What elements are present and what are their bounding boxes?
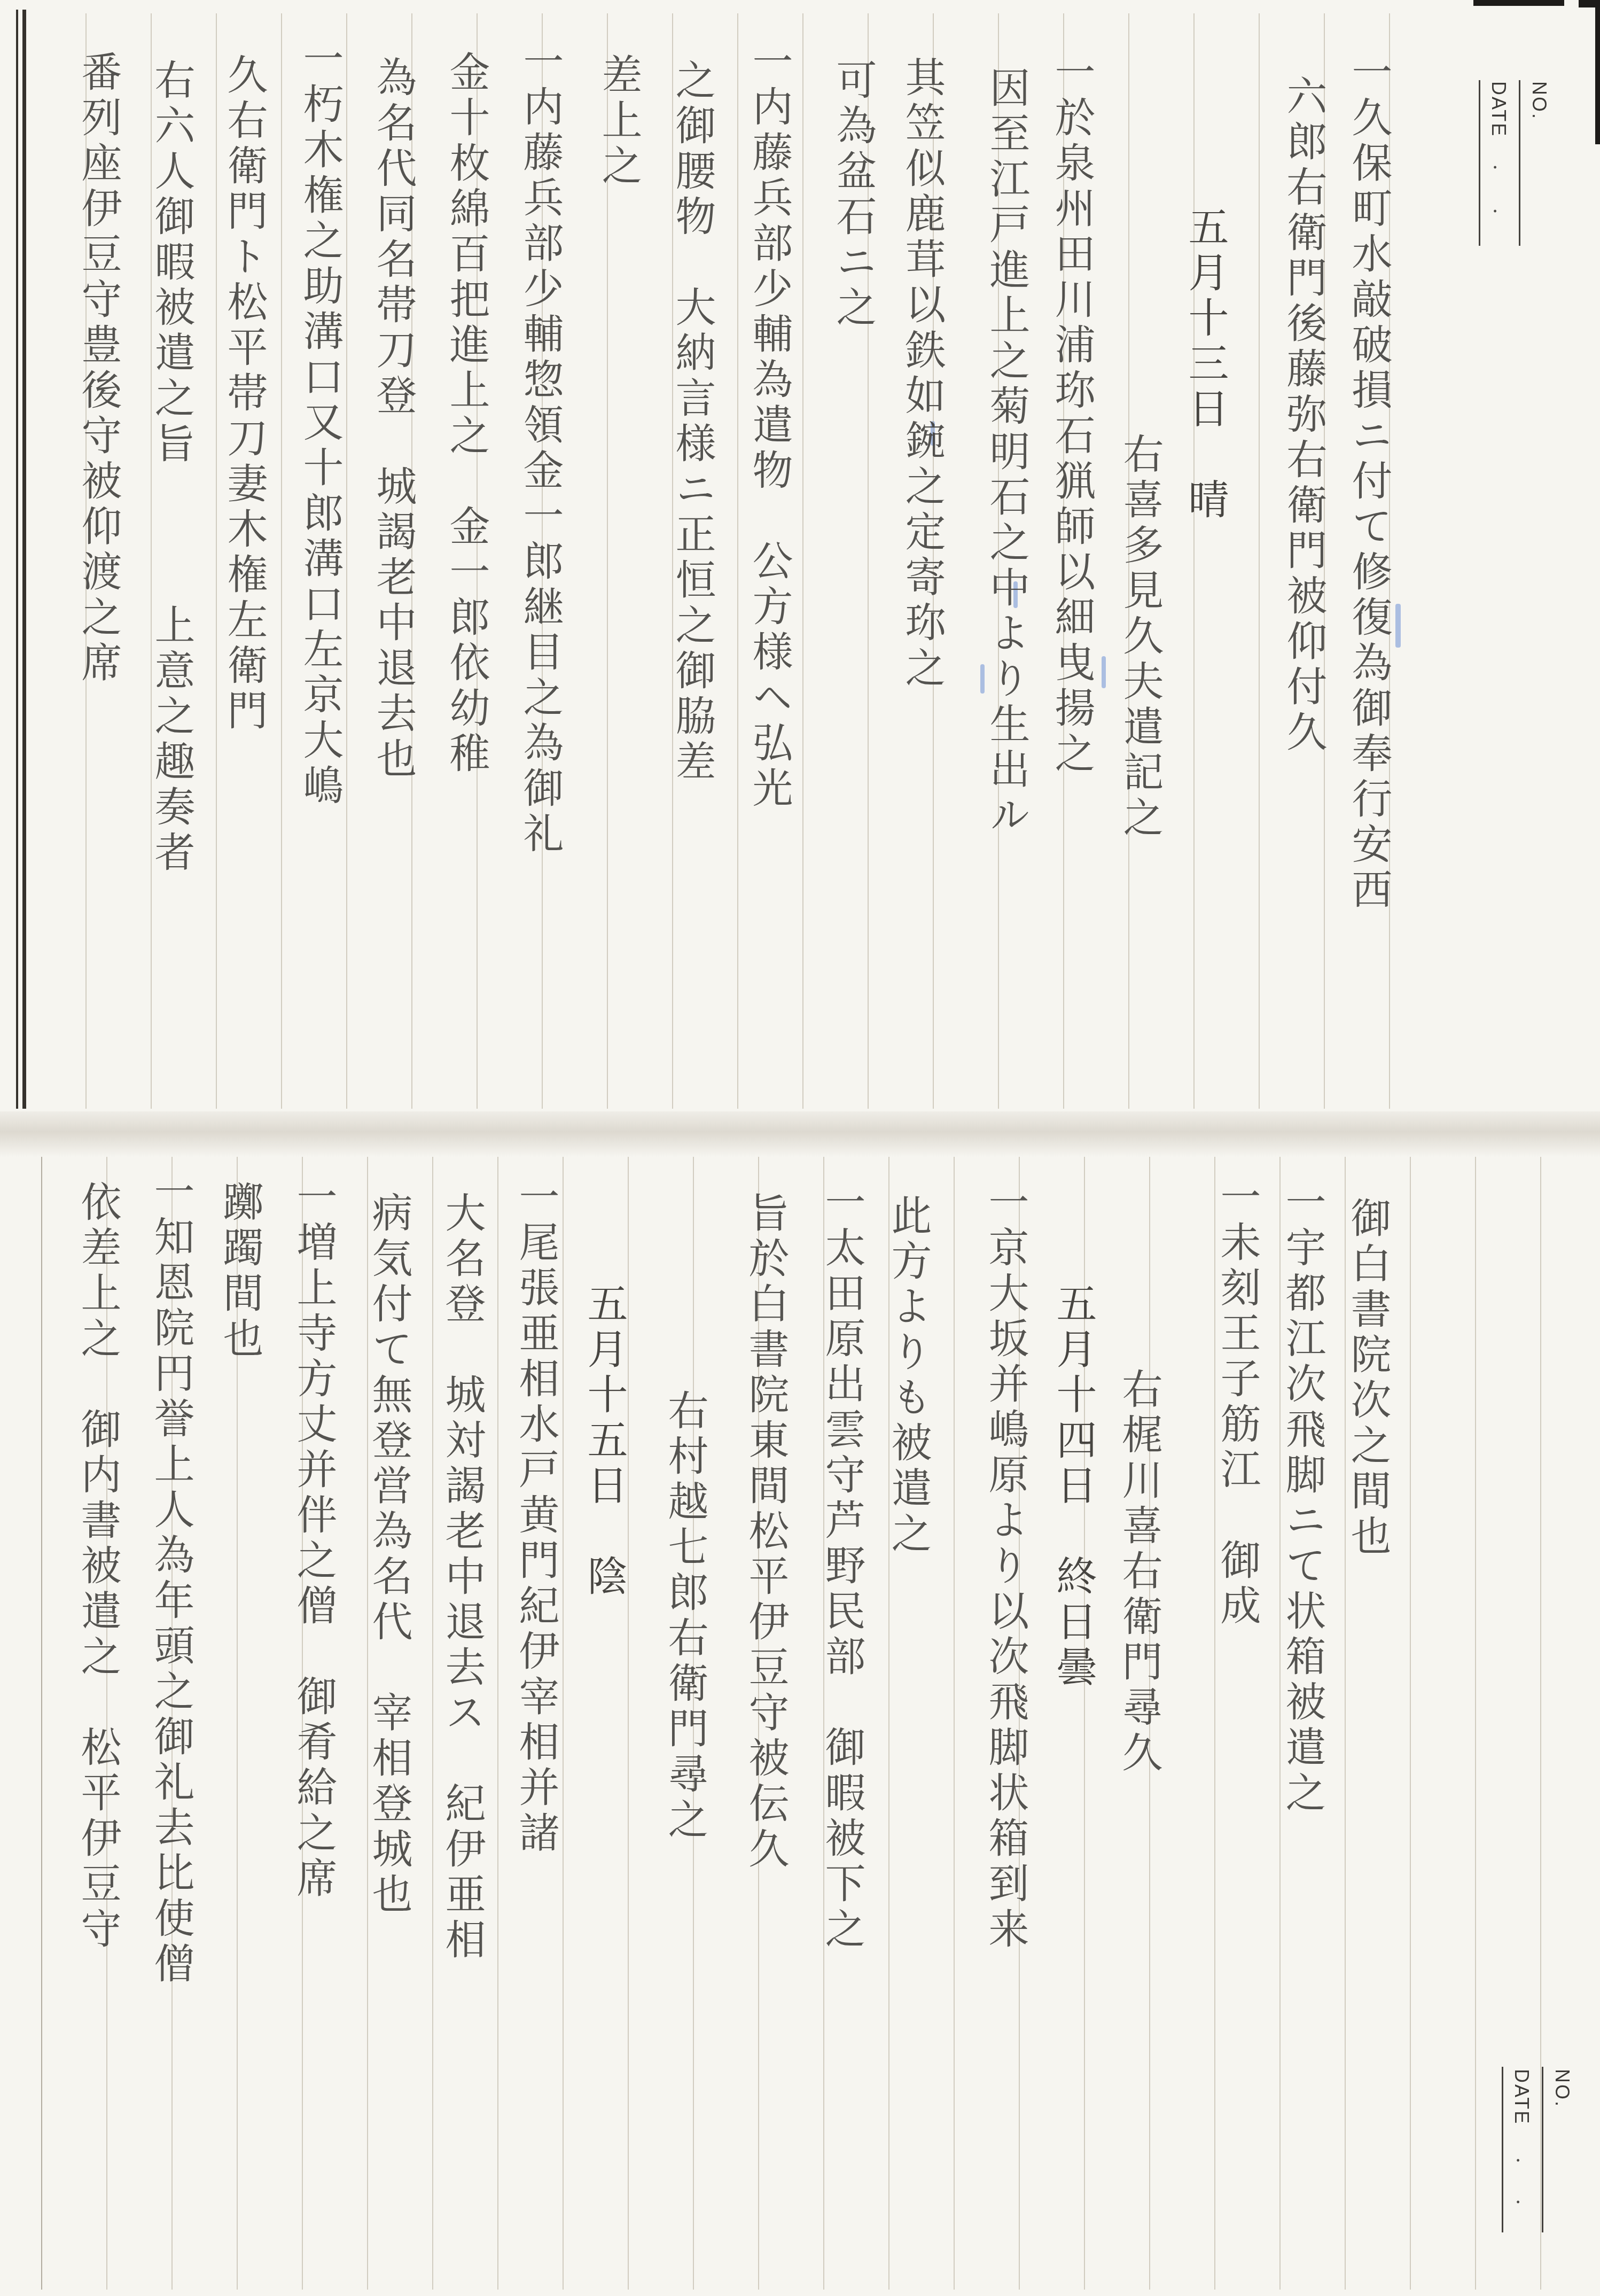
handwritten-column: 右喜多見久夫遣記之 — [1111, 433, 1169, 842]
page-seam — [0, 1111, 1600, 1157]
handwritten-column: 依差上之 御内書被遣之 松平伊豆守 — [69, 1181, 127, 1953]
ruled-line — [802, 13, 803, 1109]
diary-date-column: 五月十三日 晴 — [1176, 206, 1234, 524]
ruled-line — [1193, 13, 1195, 1109]
handwritten-column: 一知恩院円誉上人為年頭之御礼去比使僧 — [142, 1170, 200, 1988]
ruled-line — [737, 13, 738, 1109]
handwritten-column: 一京大坂并嶋原より以次飛脚状箱到来 — [977, 1181, 1034, 1953]
handwritten-column: 御白書院次之間也 — [1339, 1197, 1396, 1560]
handwritten-column: 一於泉州田川浦珎石猟師以細曳揚之 — [1043, 51, 1101, 777]
handwritten-column: 一増上寺方丈并伴之僧 御肴給之席 — [285, 1176, 342, 1902]
scan-artifact — [1473, 0, 1564, 6]
handwritten-column: 躑躅間也 — [211, 1181, 269, 1363]
handwritten-column: 一太田原出雲守芦野民部 御暇被下之 — [813, 1181, 871, 1953]
handwritten-column: 一宇都江次飛脚ニて状箱被遣之 — [1274, 1181, 1331, 1817]
handwritten-column: 一朽木権之助溝口又十郎溝口左京大嶋 — [291, 37, 349, 810]
no-underline — [1519, 80, 1520, 246]
no-label: NO. — [1551, 2069, 1573, 2108]
ruled-line — [281, 13, 282, 1109]
handwritten-column: 一未刻王子筋江 御成 — [1208, 1176, 1266, 1630]
ruled-line — [954, 1157, 955, 2290]
date-underline — [1479, 80, 1480, 246]
ruled-line — [1259, 13, 1260, 1109]
handwritten-column: 右梶川喜右衛門尋久 — [1110, 1368, 1168, 1777]
blue-ink-mark — [1102, 656, 1106, 688]
date-separator-dot: ・ — [1486, 204, 1505, 218]
diary-date-column: 五月十四日 終日曇 — [1044, 1282, 1102, 1691]
handwritten-column: 右村越七郎右衛門尋之 — [656, 1389, 714, 1843]
binding-line — [22, 10, 26, 1109]
handwritten-column: 可為盆石ニ之 — [824, 59, 882, 331]
handwritten-column: 為名代同名帯刀登 城謁老中退去也 — [364, 56, 422, 783]
handwritten-column: 一内藤兵部少輔惣領金一郎継目之為御礼 — [511, 40, 569, 858]
binding-line — [16, 10, 18, 1109]
handwritten-column: 金十枚綿百把進上之 金一郎依幼稚 — [438, 51, 495, 777]
notebook-scan: NO. DATE ・ ・ NO. DATE ・ ・ 一久保町水敲破損ニ付て修復為… — [0, 0, 1600, 2296]
handwritten-column: 久右衛門ト松平帯刀妻木権左衛門 — [215, 53, 273, 735]
handwritten-column: 此方よりも被遣之 — [879, 1194, 937, 1558]
date-label: DATE — [1487, 81, 1510, 137]
handwritten-column: 番列座伊豆守豊後守被仰渡之席 — [69, 51, 127, 687]
date-underline — [1502, 2067, 1503, 2232]
handwritten-column: 旨於白書院東間松平伊豆守被伝久 — [737, 1192, 794, 1873]
date-label: DATE — [1510, 2069, 1533, 2125]
handwritten-column: 右六人御暇被遣之旨 上意之趣奏者 — [143, 59, 200, 876]
scan-artifact — [1579, 0, 1600, 7]
ruled-line — [497, 1157, 498, 2290]
diary-date-column: 五月十五日 陰 — [575, 1282, 633, 1600]
date-separator-dot: ・ — [1509, 2153, 1528, 2167]
handwritten-column: 之御腰物 大納言様ニ正恒之御脇差 — [664, 59, 721, 785]
no-underline — [1542, 2067, 1543, 2232]
handwritten-column: 病気付て無登営為名代 宰相登城也 — [360, 1192, 418, 1918]
ruled-line — [1475, 1157, 1476, 2290]
ruled-line — [1410, 1157, 1411, 2290]
handwritten-column: 差上之 — [590, 53, 647, 190]
date-separator-dot: ・ — [1509, 2195, 1528, 2209]
handwritten-column: 因至江戸進上之菊明石之中より生出ル — [978, 67, 1035, 839]
ruled-line — [1540, 1157, 1541, 2290]
handwritten-column: 大名登 城対謁老中退去ス 紀伊亜相 — [433, 1192, 491, 1964]
date-separator-dot: ・ — [1486, 160, 1505, 174]
ruled-line — [41, 1157, 42, 2290]
no-label: NO. — [1528, 81, 1550, 120]
handwritten-column: 一久保町水敲破損ニ付て修復為御奉行安西 — [1340, 51, 1398, 914]
handwritten-column: 一内藤兵部少輔為遣物 公方様ヘ弘光 — [740, 40, 798, 812]
scan-artifact — [1595, 0, 1600, 144]
handwritten-column: 一尾張亜相水戸黄門紀伊宰相并諸 — [507, 1176, 565, 1857]
handwritten-column: 其笠似鹿茸以鉄如鋺之定寄珎之 — [893, 56, 951, 692]
handwritten-column: 六郎右衛門後藤弥右衛門被仰付久 — [1275, 75, 1332, 756]
